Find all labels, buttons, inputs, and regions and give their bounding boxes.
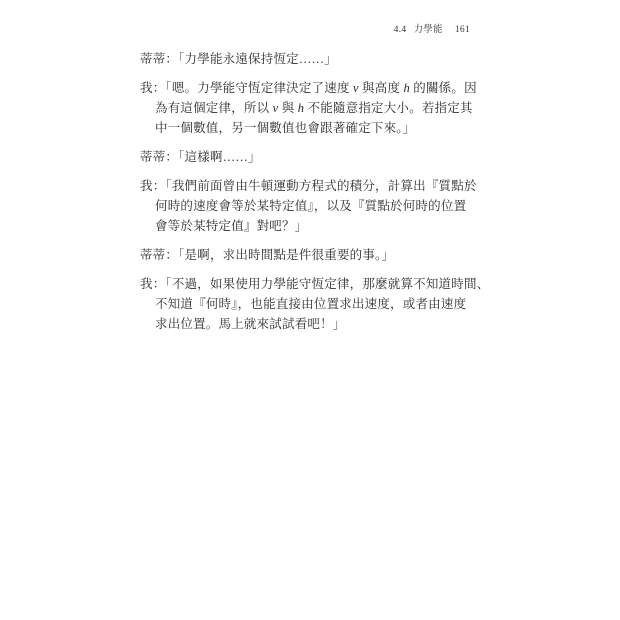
text-segment: 的關係。因 [410,81,477,95]
dialogue-line: 會等於某特定值』對吧？」 [140,216,485,236]
text-segment: 與高度 [359,81,404,95]
text-segment: 』，也能直接由位置求出速度，或者由速度 [231,297,466,311]
book-page: 4.4 力學能 161 蒂蒂：「力學能永遠保持恆定……」我：「嗯。力學能守恆定律… [0,0,620,620]
speaker-label: 蒂蒂： [140,248,178,262]
dialogue-line: 何時的速度會等於某特定值』，以及『質點於何時的位置 [140,196,485,216]
speaker-label: 我： [140,277,165,291]
dialogue-paragraph: 蒂蒂：「這樣啊……」 [140,147,485,167]
text-segment: 「是啊，求出時間點是件很重要的事。」 [178,248,394,262]
text-segment: 求出位置。馬上就來試試看吧！」 [155,317,346,331]
text-segment: 「不過，如果使用力學能守恆定律，那麼就算不知道時間、 [165,277,489,291]
dialogue-paragraph: 我：「嗯。力學能守恆定律決定了速度 v 與高度 h 的關係。因為有這個定律，所以… [140,78,485,138]
text-segment: 「力學能永遠保持恆定……」 [178,52,337,66]
emphasized-text: 何時 [155,199,180,213]
dialogue-line: 為有這個定律，所以 v 與 h 不能隨意指定大小。若指定其 [140,98,485,118]
dialogue-paragraph: 蒂蒂：「力學能永遠保持恆定……」 [140,49,485,69]
text-segment: 的速度會等於某特定值』，以及『質點於 [180,199,402,213]
dialogue-line: 我：「不過，如果使用力學能守恆定律，那麼就算不知道時間、 [140,274,485,294]
dialogue-line: 蒂蒂：「力學能永遠保持恆定……」 [140,49,485,69]
dialogue-line: 我：「我們前面曾由牛頓運動方程式的積分，計算出『質點於 [140,176,485,196]
emphasized-text: 何時 [403,199,428,213]
text-segment: 「嗯。力學能守恆定律決定了速度 [165,81,353,95]
text-segment: 不能隨意指定大小。若指定其 [304,101,472,115]
text-segment: 的位置 [428,199,466,213]
chapter-title: 力學能 [413,24,442,36]
dialogue-line: 求出位置。馬上就來試試看吧！」 [140,314,485,334]
dialogue-paragraph: 蒂蒂：「是啊，求出時間點是件很重要的事。」 [140,245,485,265]
text-segment: 會等於某特定值』對吧？」 [155,219,307,233]
dialogue-block: 蒂蒂：「力學能永遠保持恆定……」我：「嗯。力學能守恆定律決定了速度 v 與高度 … [140,49,485,343]
section-number: 4.4 [394,24,407,36]
dialogue-line: 我：「嗯。力學能守恆定律決定了速度 v 與高度 h 的關係。因 [140,78,485,98]
page-number: 161 [455,24,470,36]
speaker-label: 蒂蒂： [140,52,178,66]
speaker-label: 蒂蒂： [140,150,178,164]
emphasized-text: 何時 [206,297,231,311]
dialogue-line: 蒂蒂：「是啊，求出時間點是件很重要的事。」 [140,245,485,265]
dialogue-line: 蒂蒂：「這樣啊……」 [140,147,485,167]
text-segment: 與 [278,101,297,115]
speaker-label: 我： [140,179,165,193]
dialogue-line: 不知道『何時』，也能直接由位置求出速度，或者由速度 [140,294,485,314]
dialogue-line: 中一個數值，另一個數值也會跟著確定下來。」 [140,118,485,138]
page-header: 4.4 力學能 161 [394,24,470,36]
text-segment: 「這樣啊……」 [178,150,261,164]
text-segment: 不知道『 [155,297,206,311]
text-segment: 為有這個定律，所以 [155,101,273,115]
text-segment: 中一個數值，另一個數值也會跟著確定下來。」 [155,121,415,135]
dialogue-paragraph: 我：「不過，如果使用力學能守恆定律，那麼就算不知道時間、不知道『何時』，也能直接… [140,274,485,334]
dialogue-paragraph: 我：「我們前面曾由牛頓運動方程式的積分，計算出『質點於何時的速度會等於某特定值』… [140,176,485,236]
text-segment: 「我們前面曾由牛頓運動方程式的積分，計算出『質點於 [165,179,476,193]
speaker-label: 我： [140,81,165,95]
